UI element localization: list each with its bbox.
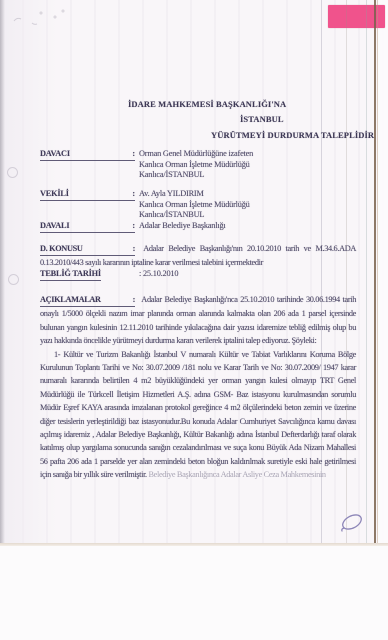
attorney-row: VEKİLİ: Av. Ayla YILDIRIM Kanlıca Orman …: [40, 189, 250, 221]
case-subject-paragraph: D. KONUSU: Adalar Belediye Başkanlığı'nı…: [40, 242, 356, 270]
explanations-block: AÇIKLAMALAR: Adalar Belediye Başkanlığı'…: [40, 293, 356, 482]
item1-faded-tail: Belediye Başkanlığınca Adalar Asliye Cez…: [148, 470, 325, 479]
stay-of-execution-note: YÜRÜTMEYİ DURDURMA TALEPLİDİR: [211, 130, 374, 140]
field-label-teblig: TEBLİĞ TARİHİ: [40, 269, 135, 281]
colon: :: [133, 293, 135, 306]
punch-hole: [8, 274, 19, 285]
colon: :: [132, 149, 135, 160]
notice-date-row: TEBLİĞ TARİHİ : 25.10.2010: [40, 269, 178, 281]
body-item-paragraph: 1- Kültür ve Turizm Bakanlığı İstanbul V…: [40, 348, 356, 482]
field-label-vekili: VEKİLİ:: [40, 189, 135, 201]
value-line: Av. Ayla YILDIRIM: [139, 189, 250, 200]
value-line: Adalar Belediye Başkanlığı: [139, 221, 226, 232]
scanned-petition-page: İDARE MAHKEMESİ BAŞKANLIĞI'NA İSTANBUL Y…: [0, 0, 388, 640]
page-fold-line: [374, 0, 376, 545]
value-line: Kanlıca Orman İşletme Müdürlüğü: [139, 160, 253, 171]
colon: :: [132, 189, 135, 200]
value-line: Kanlıca/İSTANBUL: [139, 170, 253, 181]
field-label-aciklamalar: AÇIKLAMALAR:: [40, 293, 135, 307]
plaintiff-value: Orman Genel Müdürlüğüne izafeten Kanlıca…: [139, 149, 253, 181]
notice-date-value: : 25.10.2010: [139, 269, 178, 280]
value-line: Kanlıca Orman İşletme Müdürlüğü: [139, 200, 250, 211]
handwritten-paraph-mark: [334, 508, 368, 538]
plaintiff-row: DAVACI: Orman Genel Müdürlüğüne izafeten…: [40, 149, 253, 181]
explanations-paragraph: AÇIKLAMALAR: Adalar Belediye Başkanlığı'…: [40, 293, 356, 348]
value-line: Kanlıca/İSTANBUL: [139, 210, 250, 221]
value-line: Orman Genel Müdürlüğüne izafeten: [139, 149, 253, 160]
item1-text: 1- Kültür ve Turizm Bakanlığı İstanbul V…: [40, 350, 356, 480]
scan-artifact-line: [377, 0, 378, 545]
colon: :: [132, 221, 135, 232]
field-label-konusu: D. KONUSU:: [40, 242, 135, 256]
scan-left-shadow: [0, 0, 5, 545]
court-title: İDARE MAHKEMESİ BAŞKANLIĞI'NA: [128, 99, 286, 109]
field-label-davaci: DAVACI:: [40, 149, 135, 161]
colon: :: [133, 242, 135, 255]
scan-right-band: [378, 0, 388, 545]
field-label-davali: DAVALI:: [40, 221, 135, 233]
punch-hole: [7, 167, 18, 178]
court-city: İSTANBUL: [240, 114, 284, 124]
scan-artifact-line: [366, 0, 367, 545]
attorney-value: Av. Ayla YILDIRIM Kanlıca Orman İşletme …: [139, 189, 250, 221]
pencil-specks: [8, 3, 78, 33]
defendant-row: DAVALI: Adalar Belediye Başkanlığı: [40, 221, 226, 233]
page-bottom-edge: [0, 543, 388, 546]
defendant-value: Adalar Belediye Başkanlığı: [139, 221, 226, 232]
